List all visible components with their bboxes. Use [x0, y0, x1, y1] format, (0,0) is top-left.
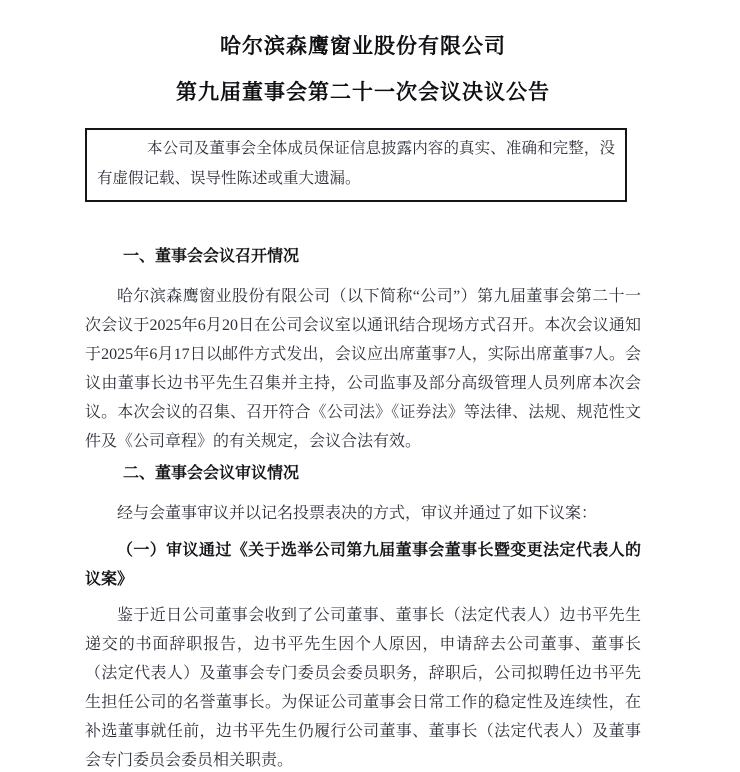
section-2-intro-paragraph: 经与会董事审议并以记名投票表决的方式，审议并通过了如下议案：: [85, 499, 641, 528]
section-2-heading: 二、董事会会议审议情况: [85, 464, 641, 484]
section-1-heading: 一、董事会会议召开情况: [85, 247, 641, 267]
company-name-title: 哈尔滨森鹰窗业股份有限公司: [85, 33, 641, 61]
disclaimer-text: 本公司及董事会全体成员保证信息披露内容的真实、准确和完整，没有虚假记载、误导性陈…: [97, 134, 615, 194]
meeting-resolution-title: 第九届董事会第二十一次会议决议公告: [85, 79, 641, 107]
resolution-1-paragraph: 鉴于近日公司董事会收到了公司董事、董事长（法定代表人）边书平先生递交的书面辞职报…: [85, 601, 641, 772]
resolution-1-heading: （一）审议通过《关于选举公司第九届董事会董事长暨变更法定代表人的议案》: [85, 536, 641, 594]
disclaimer-box: 本公司及董事会全体成员保证信息披露内容的真实、准确和完整，没有虚假记载、误导性陈…: [85, 128, 627, 202]
section-1-paragraph: 哈尔滨森鹰窗业股份有限公司（以下简称“公司”）第九届董事会第二十一次会议于202…: [85, 282, 641, 456]
announcement-document: 哈尔滨森鹰窗业股份有限公司 第九届董事会第二十一次会议决议公告 本公司及董事会全…: [0, 0, 740, 772]
